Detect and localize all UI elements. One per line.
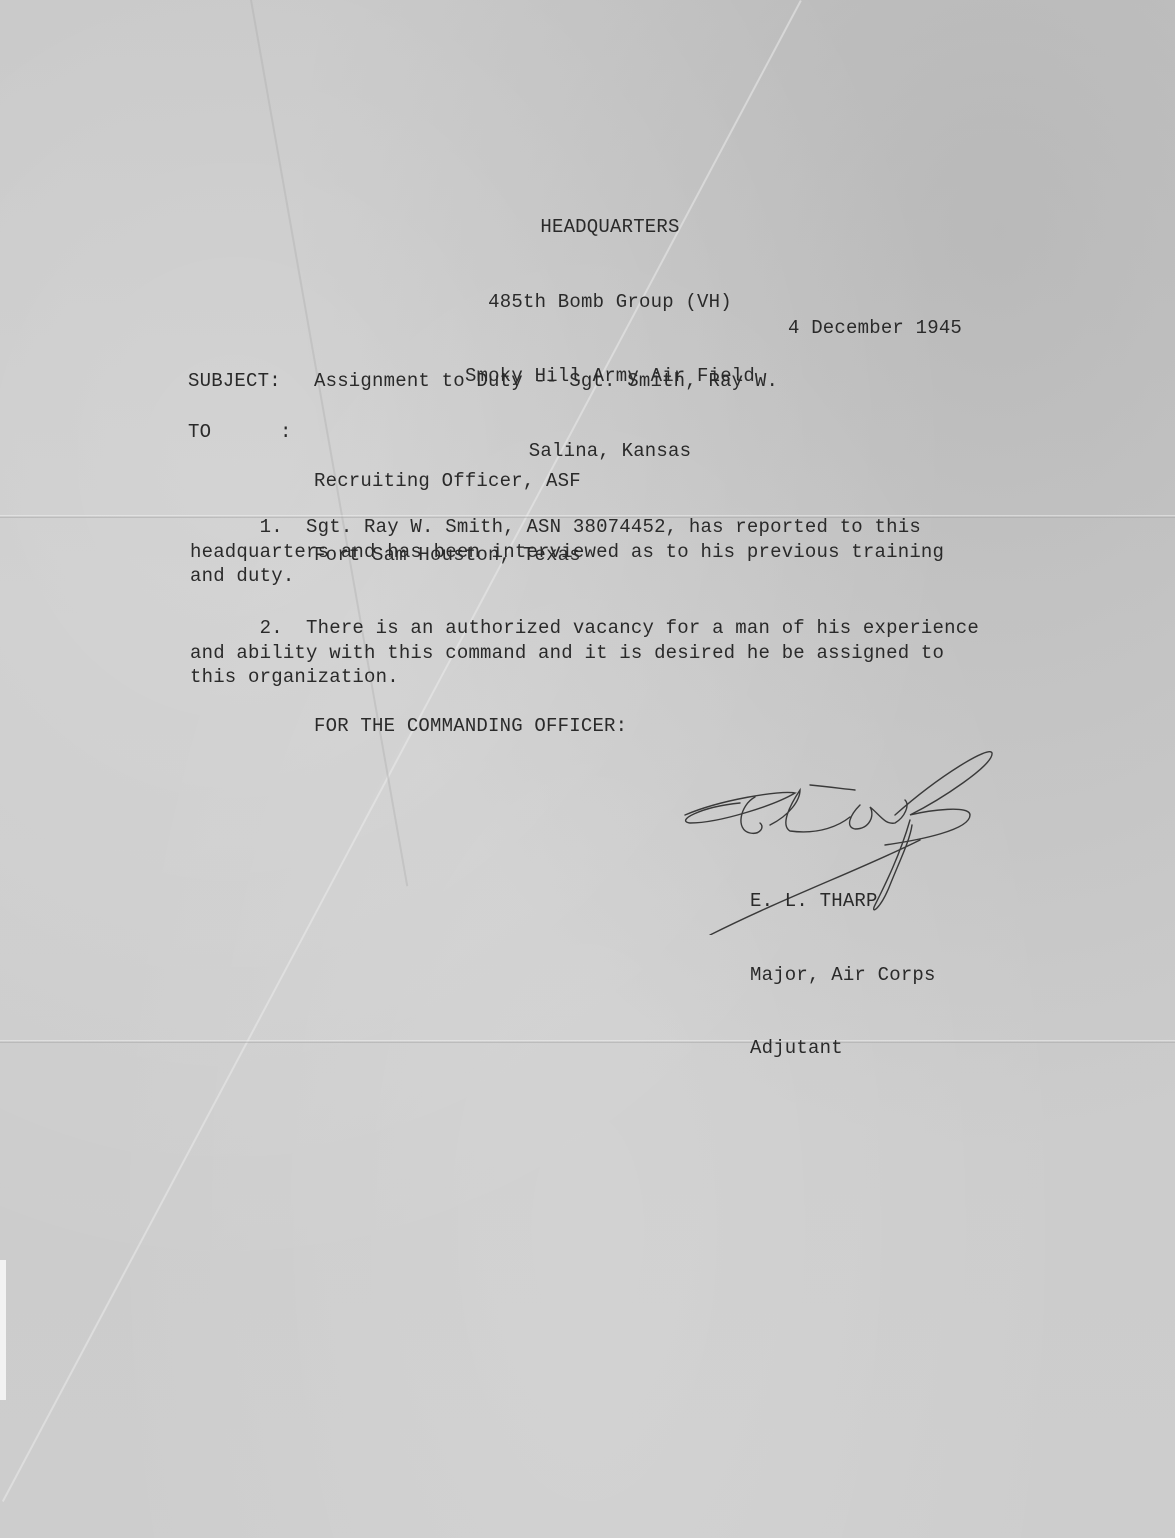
signer-rank: Major, Air Corps [750, 963, 936, 988]
paper-fold-line [0, 1040, 1175, 1043]
paragraph-line: and duty. [190, 564, 1050, 589]
signer-name: E. L. THARP [750, 889, 936, 914]
paragraph-line: this organization. [190, 665, 1050, 690]
paragraph-line: headquarters and has been interviewed as… [190, 540, 1050, 565]
subject-value: Assignment to Duty -- Sgt. Smith, Ray W. [314, 369, 778, 394]
signer-title: Adjutant [750, 1036, 936, 1061]
torn-paper-edge [0, 1260, 6, 1400]
subject-label: SUBJECT: [188, 369, 281, 394]
to-label: TO [188, 420, 211, 445]
paragraph-2: 2. There is an authorized vacancy for a … [190, 616, 1050, 690]
letterhead-unit: 485th Bomb Group (VH) [410, 290, 810, 316]
closing-line: FOR THE COMMANDING OFFICER: [314, 714, 627, 739]
letterhead-title: HEADQUARTERS [410, 215, 810, 241]
paragraph-line: 2. There is an authorized vacancy for a … [190, 616, 1050, 641]
paragraph-line: 1. Sgt. Ray W. Smith, ASN 38074452, has … [190, 515, 1050, 540]
signature-block: E. L. THARP Major, Air Corps Adjutant [750, 840, 936, 1085]
to-colon: : [280, 420, 292, 445]
recipient-line: Recruiting Officer, ASF [314, 469, 581, 494]
paragraph-line: and ability with this command and it is … [190, 641, 1050, 666]
paragraph-1: 1. Sgt. Ray W. Smith, ASN 38074452, has … [190, 515, 1050, 589]
letter-date: 4 December 1945 [788, 316, 962, 341]
